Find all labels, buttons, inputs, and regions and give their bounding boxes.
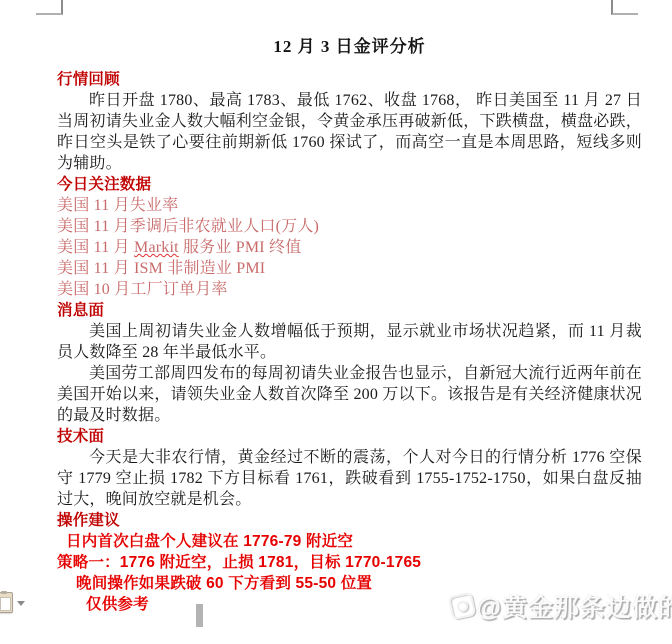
list-item: 美国 10 月工厂订单月率 bbox=[57, 279, 642, 300]
advice-line-intraday: 日内首次白盘个人建议在 1776-79 附近空 bbox=[57, 531, 642, 552]
advice-line-strategy-1: 策略一：1776 附近空，止损 1781，目标 1770-1765 bbox=[57, 552, 642, 573]
chevron-down-icon bbox=[17, 601, 25, 606]
text-cursor bbox=[196, 604, 203, 627]
spellcheck-flagged-word: Markit bbox=[134, 239, 179, 256]
paste-options-button[interactable] bbox=[0, 592, 25, 613]
page-title: 12 月 3 日金评分析 bbox=[57, 36, 642, 57]
paragraph-technical: 今天是大非农行情，黄金经过不断的震荡，个人对今日的行情分析 1776 空保守 1… bbox=[57, 447, 642, 510]
data-watch-list: 美国 11 月失业率 美国 11 月季调后非农就业人口(万人) 美国 11 月 … bbox=[57, 195, 642, 300]
word-document-page: 12 月 3 日金评分析 行情回顾 昨日开盘 1780、最高 1783、最低 1… bbox=[0, 0, 672, 644]
list-item-text: 服务业 PMI 终值 bbox=[179, 239, 302, 256]
paragraph-market-review: 昨日开盘 1780、最高 1783、最低 1762、收盘 1768， 昨日美国至… bbox=[57, 90, 642, 174]
margin-crop-mark-top-right bbox=[611, 0, 638, 15]
camera-icon bbox=[447, 592, 475, 620]
margin-crop-mark-top-left bbox=[36, 0, 63, 15]
list-item: 美国 11 月季调后非农就业人口(万人) bbox=[57, 216, 642, 237]
list-item: 美国 11 月 Markit 服务业 PMI 终值 bbox=[57, 237, 642, 258]
section-heading-operation-advice: 操作建议 bbox=[57, 510, 642, 531]
watermark-text: @黄金那条边做的 bbox=[477, 588, 672, 624]
section-heading-technical: 技术面 bbox=[57, 426, 642, 447]
section-heading-news: 消息面 bbox=[57, 300, 642, 321]
document-body: 12 月 3 日金评分析 行情回顾 昨日开盘 1780、最高 1783、最低 1… bbox=[57, 36, 642, 615]
paragraph-news-2: 美国劳工部周四发布的每周初请失业金报告也显示，自新冠大流行近两年前在美国开始以来… bbox=[57, 363, 642, 426]
section-heading-market-review: 行情回顾 bbox=[57, 69, 642, 90]
clipboard-icon bbox=[0, 592, 13, 613]
list-item: 美国 11 月 ISM 非制造业 PMI bbox=[57, 258, 642, 279]
watermark: @黄金那条边做的 bbox=[450, 588, 672, 624]
list-item-text: 美国 11 月 bbox=[57, 239, 134, 256]
section-heading-today-data: 今日关注数据 bbox=[57, 174, 642, 195]
list-item: 美国 11 月失业率 bbox=[57, 195, 642, 216]
paragraph-news-1: 美国上周初请失业金人数增幅低于预期，显示就业市场状况趋紧，而 11 月裁员人数降… bbox=[57, 321, 642, 363]
